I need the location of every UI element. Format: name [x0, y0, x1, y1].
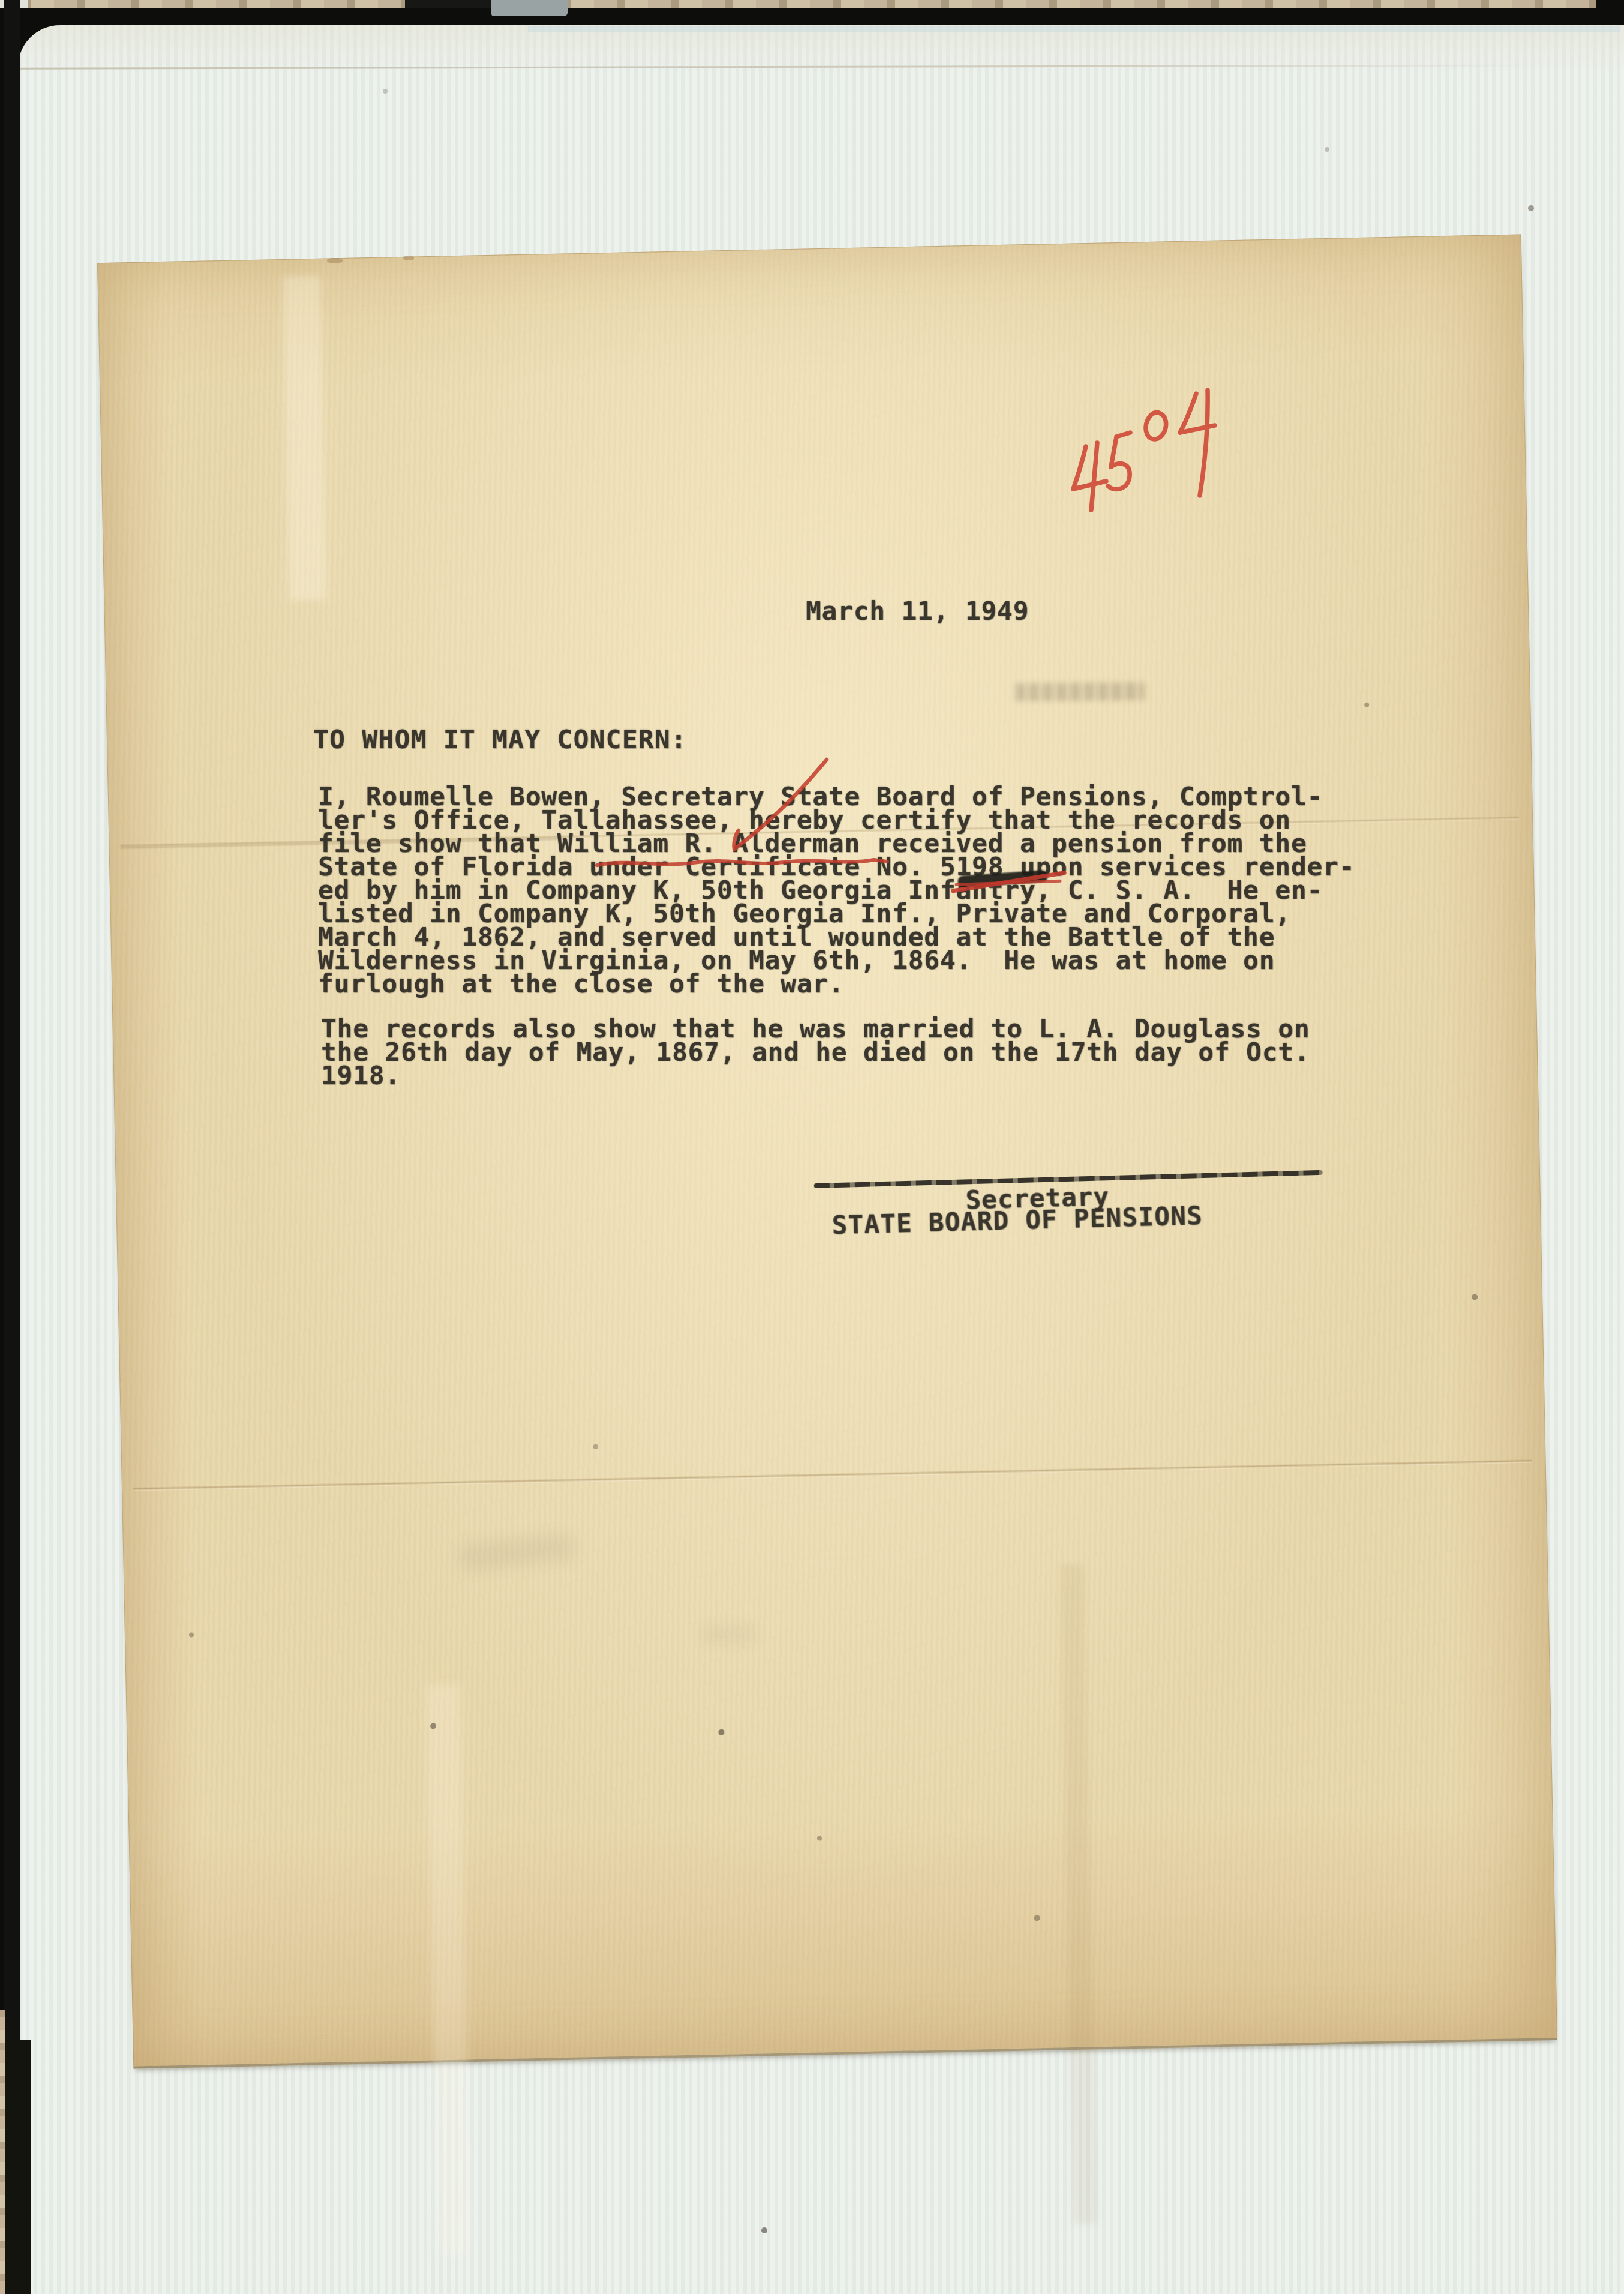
- salutation-line: TO WHOM IT MAY CONCERN:: [313, 728, 687, 752]
- scanned-document-page: 4504 March 11, 1949 TO WHOM IT MAY CONCE…: [0, 0, 1624, 2294]
- scanner-top-tab: [491, 0, 568, 16]
- red-checkmark-annotation: [708, 744, 846, 864]
- backing-dust-specks: [0, 0, 2, 2]
- letter-paper: [97, 234, 1557, 2068]
- paper-smudge: [701, 1625, 756, 1644]
- signature-block: Secretary STATE BOARD OF PENSIONS: [813, 1154, 1344, 1258]
- scanner-top-edge-sliver: [0, 0, 1596, 8]
- paper-edge-tear: [403, 256, 414, 260]
- scanner-top-edge-gap: [405, 0, 495, 8]
- handwritten-4504-strokes: [1057, 371, 1231, 521]
- scanner-left-edge-lower: [4, 2040, 31, 2294]
- signature-organization: STATE BOARD OF PENSIONS: [831, 1204, 1203, 1237]
- scanner-left-edge: [4, 0, 20, 2294]
- paper-edge-tear: [327, 258, 343, 263]
- body-paragraph-2: The records also show that he was marrie…: [321, 1018, 1310, 1088]
- fold-crease-lower: [133, 1459, 1532, 1491]
- red-underline-annotation: [591, 851, 897, 875]
- scanner-band-blue-edge: [528, 26, 1620, 32]
- paper-light-band: [283, 276, 327, 601]
- scanner-left-outer-sliver: [0, 2010, 5, 2294]
- handwritten-file-number: 4504: [1057, 371, 1231, 521]
- faint-stamp-smudge: [1016, 682, 1145, 701]
- paper-dust-specks: [98, 263, 100, 266]
- typed-date: March 11, 1949: [806, 600, 1029, 623]
- paper-smudge: [459, 1533, 575, 1570]
